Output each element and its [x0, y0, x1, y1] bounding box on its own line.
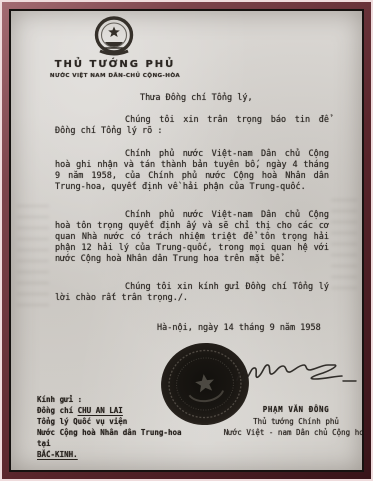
recipient-name-prefix: Đồng chí	[37, 406, 78, 415]
bleed-through-artifact	[331, 193, 357, 293]
paragraph-2: Chính phủ nước Việt-nam Dân chủ Cộng hoà…	[55, 149, 329, 193]
bleed-through-artifact	[17, 199, 49, 314]
signer-name: PHẠM VĂN ĐỒNG	[221, 404, 362, 416]
paragraph-1: Chúng tôi xin trân trọng báo tin để Đồng…	[55, 115, 329, 137]
paragraph-4: Chúng tôi xin kính gửi Đồng chí Tổng lý …	[55, 282, 329, 304]
office-title: THỦ TƯỚNG PHỦ	[41, 59, 189, 70]
frame-inner-border: THỦ TƯỚNG PHỦ NƯỚC VIỆT NAM DÂN-CHỦ CỘNG…	[9, 9, 364, 472]
picture-frame: THỦ TƯỚNG PHỦ NƯỚC VIỆT NAM DÂN-CHỦ CỘNG…	[2, 2, 371, 479]
signer-block: PHẠM VĂN ĐỒNG Thủ tướng Chính phủ Nước V…	[221, 404, 362, 439]
signature-scrawl	[231, 350, 359, 396]
framed-photo: THỦ TƯỚNG PHỦ NƯỚC VIỆT NAM DÂN-CHỦ CỘNG…	[0, 0, 373, 481]
recipient-name: CHU AN LAI	[78, 406, 123, 415]
dateline: Hà-nội, ngày 14 tháng 9 năm 1958	[157, 323, 321, 333]
recipient-city: BẮC-KINH.	[37, 449, 207, 460]
recipient-name-line: Đồng chí CHU AN LAI	[37, 405, 207, 416]
recipient-org: Nước Cộng hoà Nhân dân Trung-hoa	[37, 427, 207, 438]
signer-org: Nước Việt - nam Dân chủ Cộng hoà	[221, 427, 362, 439]
recipient-at: tại	[37, 438, 207, 449]
country-name: NƯỚC VIỆT NAM DÂN-CHỦ CỘNG-HÒA	[29, 73, 201, 79]
signer-title: Thủ tướng Chính phủ	[221, 416, 362, 428]
recipient-salutation: Kính gửi :	[37, 394, 207, 405]
recipient-title: Tổng lý Quốc vụ viện	[37, 416, 207, 427]
recipient-block: Kính gửi : Đồng chí CHU AN LAI Tổng lý Q…	[37, 394, 207, 460]
salutation: Thưa Đồng chí Tổng lý,	[140, 93, 253, 103]
paragraph-3: Chính phủ nước Việt-nam Dân chủ Cộng hoà…	[55, 210, 329, 265]
letter-document: THỦ TƯỚNG PHỦ NƯỚC VIỆT NAM DÂN-CHỦ CỘNG…	[11, 11, 362, 470]
vietnam-national-emblem-icon	[91, 14, 137, 62]
